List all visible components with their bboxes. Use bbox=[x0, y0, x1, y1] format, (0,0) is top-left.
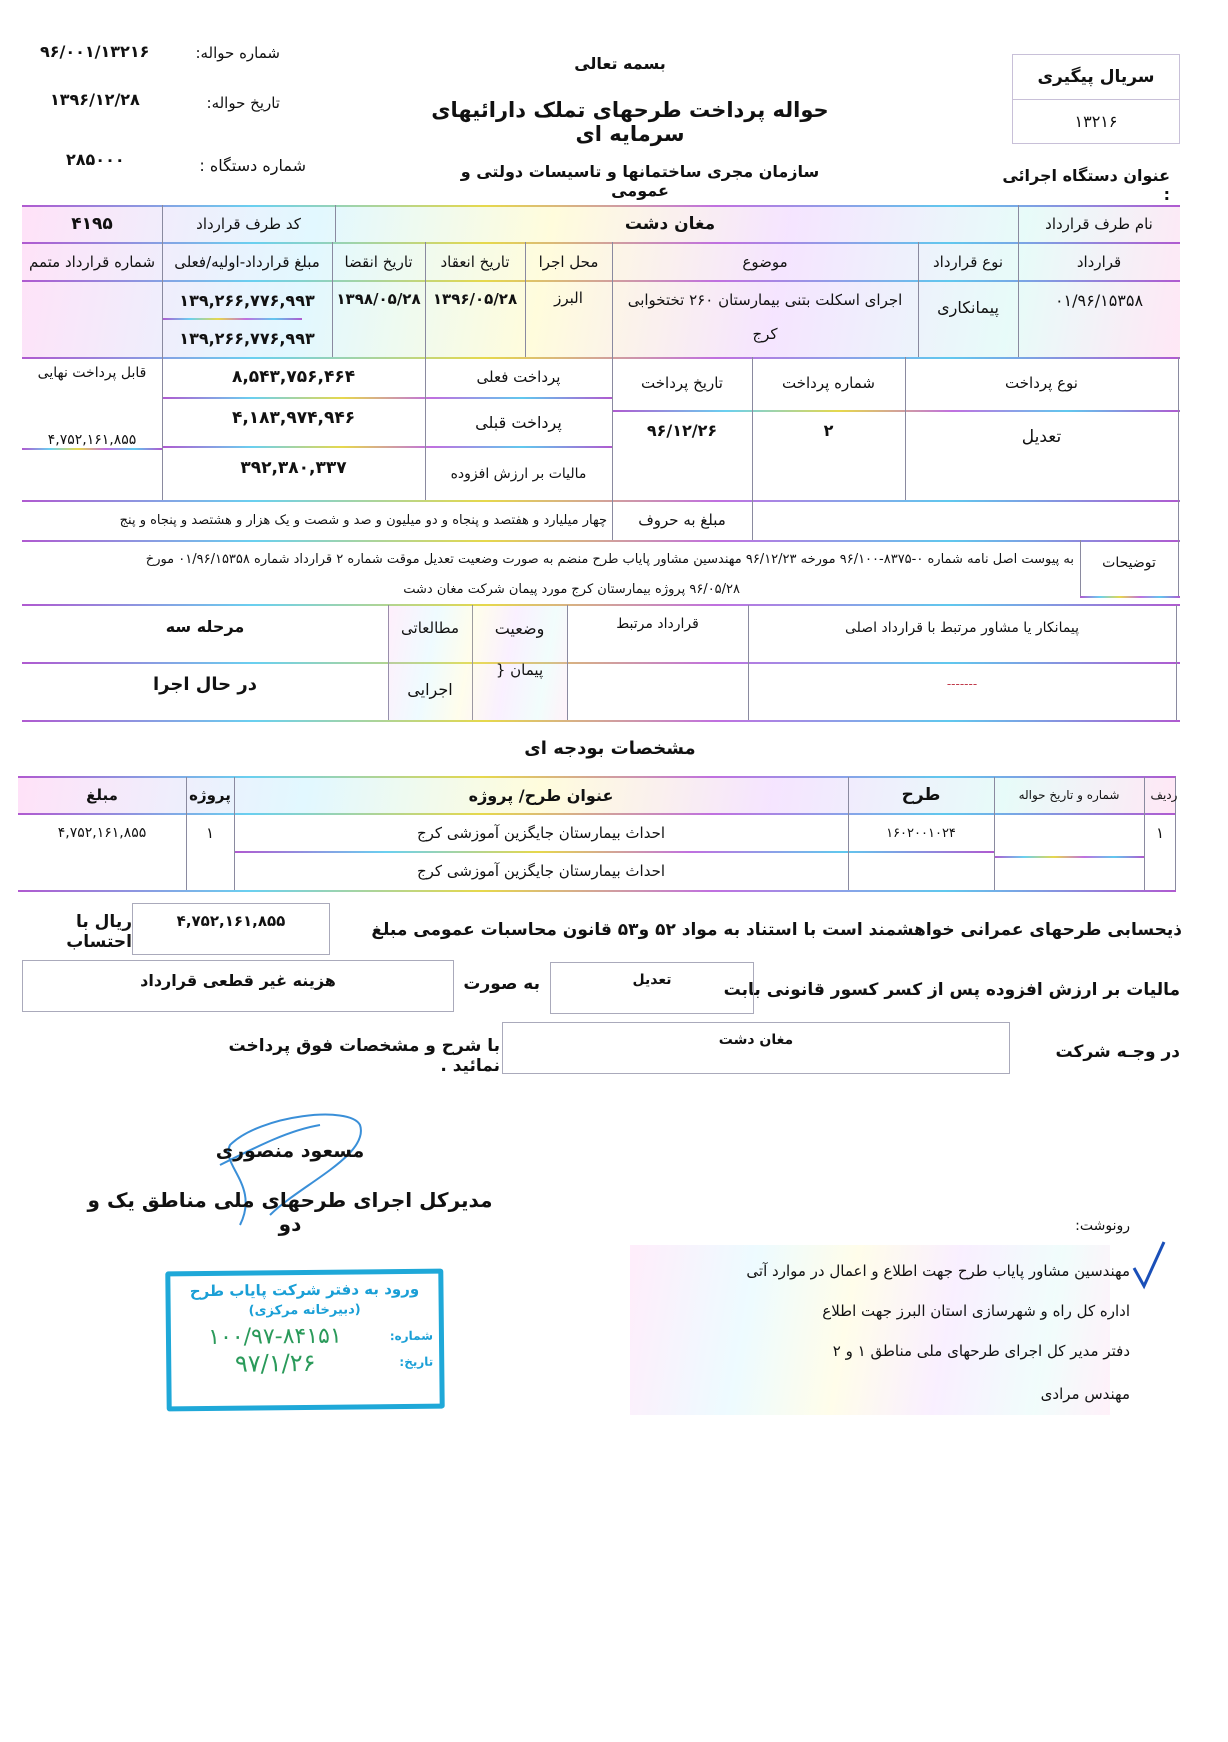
stamp-line-1: ورود به دفتر شرکت پایاب طرح bbox=[170, 1280, 438, 1301]
stamp-number-label: شماره: bbox=[373, 1328, 433, 1343]
copy-item-2: اداره کل راه و شهرسازی استان البرز جهت ا… bbox=[630, 1302, 1130, 1320]
tracking-serial-box: سریال پیگیری ۱۳۲۱۶ bbox=[1012, 54, 1180, 144]
budget-row-remittance bbox=[994, 815, 1144, 851]
contract-status-label: وضعیت bbox=[472, 606, 567, 650]
instruction-line-3: در وجـه شرکت bbox=[1020, 1042, 1180, 1062]
col-supplement-number: شماره قرارداد متمم bbox=[22, 243, 162, 280]
amount-words-label: مبلغ به حروف bbox=[612, 502, 752, 538]
budget-col-remittance: شماره و تاریخ حواله bbox=[994, 778, 1144, 812]
stamp-number-value: ۱۰۰/۹۷-۸۴۱۵۱ bbox=[177, 1323, 373, 1350]
budget-col-row: ردیف bbox=[1144, 778, 1184, 812]
amount-words-value: چهار میلیارد و هفتصد و پنجاه و دو میلیون… bbox=[22, 502, 607, 538]
budget-col-plan: طرح bbox=[848, 778, 994, 812]
budget-col-title: عنوان طرح/ پروژه bbox=[234, 778, 848, 812]
payment-number-value: ۲ bbox=[752, 412, 905, 448]
col-expiry-date: تاریخ انقضا bbox=[332, 243, 425, 280]
payment-type-value: تعدیل bbox=[905, 412, 1178, 462]
copy-item-3: دفتر مدیر کل اجرای طرحهای ملی مناطق ۱ و … bbox=[630, 1342, 1130, 1360]
col-signing-date: تاریخ انعقاد bbox=[425, 243, 525, 280]
col-subject: موضوع bbox=[612, 243, 918, 280]
payment-date-label: تاریخ پرداخت bbox=[612, 358, 752, 408]
executive-org-value: سازمان مجری ساختمانها و تاسیسات دولتی و … bbox=[450, 162, 830, 200]
instruction-line-2: مالیات بر ارزش افزوده پس از کسر کسور قان… bbox=[760, 980, 1180, 1000]
instruction-line-3-suffix: با شرح و مشخصات فوق پرداخت نمائید . bbox=[200, 1036, 500, 1076]
page-title: حواله پرداخت طرحهای تملک دارائیهای سرمای… bbox=[400, 98, 860, 146]
copy-item-1: مهندسین مشاور پایاب طرح جهت اطلاع و اعما… bbox=[630, 1262, 1130, 1280]
current-payment-value: ۸,۵۴۳,۷۵۶,۴۶۴ bbox=[162, 358, 425, 396]
budget-row-plan: ۱۶۰۲۰۰۱۰۲۴ bbox=[848, 815, 994, 851]
col-amount: مبلغ قرارداد-اولیه/فعلی bbox=[162, 243, 332, 280]
remittance-number-value: ۹۶/۰۰۱/۱۳۲۱۶ bbox=[40, 42, 180, 61]
payment-date-value: ۹۶/۱۲/۲۶ bbox=[612, 412, 752, 448]
stamp-line-2: (دبیرخانه مرکزی) bbox=[171, 1302, 439, 1320]
device-number-label: شماره دستگاه : bbox=[186, 156, 306, 175]
vat-label: مالیات بر ارزش افزوده bbox=[425, 448, 612, 500]
budget-row-title: احداث بیمارستان جایگزین آموزشی کرج bbox=[234, 815, 848, 851]
notes-label: توضیحات bbox=[1080, 545, 1178, 581]
study-label: مطالعاتی bbox=[388, 606, 472, 650]
stamp-date-label: تاریخ: bbox=[373, 1355, 433, 1370]
budget-title: مشخصات بودجه ای bbox=[480, 738, 740, 759]
budget-row-title: احداث بیمارستان جایگزین آموزشی کرج bbox=[234, 853, 848, 889]
vat-value: ۳۹۲,۳۸۰,۳۳۷ bbox=[162, 448, 425, 488]
executive-org-label: عنوان دستگاه اجرائی : bbox=[1000, 166, 1170, 204]
contract-amount-initial: ۱۳۹,۲۶۶,۷۷۶,۹۹۳ bbox=[162, 282, 332, 318]
instruction-company: مغان دشت bbox=[502, 1022, 1010, 1058]
instruction-form: هزینه غیر قطعی قرارداد bbox=[22, 962, 454, 998]
final-payable-value: ۴,۷۵۲,۱۶۱,۸۵۵ bbox=[22, 425, 162, 455]
remittance-date-label: تاریخ حواله: bbox=[190, 94, 280, 112]
party-name-value: مغان دشت bbox=[560, 206, 780, 242]
related-contract-label: قرارداد مرتبط bbox=[567, 606, 748, 642]
instruction-line-1: ذیحسابی طرحهای عمرانی خواهشمند است با اس… bbox=[392, 920, 1182, 940]
col-contract: قرارداد bbox=[1018, 243, 1180, 280]
budget-row-project: ۱ bbox=[186, 815, 234, 851]
budget-row-amount: ۴,۷۵۲,۱۶۱,۸۵۵ bbox=[18, 815, 186, 851]
budget-row-number: ۱ bbox=[1144, 815, 1176, 851]
previous-payment-label: پرداخت قبلی bbox=[425, 398, 612, 446]
received-stamp: ورود به دفتر شرکت پایاب طرح (دبیرخانه مر… bbox=[165, 1269, 444, 1412]
phase-label: مرحله سه bbox=[22, 606, 388, 646]
related-contractor-label: پیمانکار یا مشاور مرتبط با قرارداد اصلی bbox=[748, 606, 1176, 650]
contract-type: پیمانکاری bbox=[918, 282, 1018, 332]
notes-line-2: ۹۶/۰۵/۲۸ پروژه بیمارستان کرج مورد پیمان … bbox=[300, 582, 740, 597]
device-number-value: ۲۸۵۰۰۰ bbox=[66, 150, 146, 169]
instruction-as: به صورت bbox=[450, 974, 540, 994]
copies-label: رونوشت: bbox=[1040, 1218, 1130, 1234]
tracking-serial-value: ۱۳۲۱۶ bbox=[1013, 100, 1179, 144]
contract-signing-date: ۱۳۹۶/۰۵/۲۸ bbox=[425, 282, 525, 316]
remittance-date-value: ۱۳۹۶/۱۲/۲۸ bbox=[50, 90, 160, 109]
stamp-date-value: ۹۷/۱/۲۶ bbox=[177, 1348, 373, 1378]
current-payment-label: پرداخت فعلی bbox=[425, 358, 612, 396]
contract-status-sub: پیمان { bbox=[472, 650, 567, 690]
col-location: محل اجرا bbox=[525, 243, 612, 280]
party-name-label: نام طرف قرارداد bbox=[1018, 206, 1180, 242]
tracking-serial-label: سریال پیگیری bbox=[1013, 55, 1179, 100]
instruction-amount: ۴,۷۵۲,۱۶۱,۸۵۵ bbox=[132, 903, 330, 939]
contract-location: البرز bbox=[525, 282, 612, 314]
instruction-reason: تعدیل bbox=[550, 962, 754, 998]
budget-col-amount: مبلغ bbox=[18, 778, 186, 812]
phase-value: در حال اجرا bbox=[22, 664, 388, 704]
instruction-amount-suffix: ریال با احتساب bbox=[22, 912, 132, 952]
previous-payment-value: ۴,۱۸۳,۹۷۴,۹۴۶ bbox=[162, 398, 425, 438]
related-contractor-value: ------- bbox=[748, 664, 1176, 704]
final-payable-label: قابل پرداخت نهایی bbox=[22, 358, 162, 388]
signatory-name: مسعود منصوری bbox=[180, 1140, 400, 1162]
signatory-title: مدیرکل اجرای طرحهای ملی مناطق یک و دو bbox=[80, 1188, 500, 1236]
copy-item-4: مهندس مرادی bbox=[630, 1385, 1130, 1403]
party-code-label: کد طرف قرارداد bbox=[162, 206, 335, 242]
party-code-value: ۴۱۹۵ bbox=[22, 206, 162, 242]
execution-label: اجرایی bbox=[388, 664, 472, 714]
payment-number-label: شماره پرداخت bbox=[752, 358, 905, 408]
notes-line-1: به پیوست اصل نامه شماره ۰-۸۳۷۵-۹۶/۱۰۰ مو… bbox=[22, 552, 1074, 567]
checkmark-icon bbox=[1132, 1240, 1166, 1290]
contract-number: ۰۱/۹۶/۱۵۳۵۸ bbox=[1018, 282, 1180, 318]
remittance-number-label: شماره حواله: bbox=[190, 44, 280, 62]
contract-subject: اجرای اسکلت بتنی بیمارستان ۲۶۰ تختخوابی … bbox=[625, 282, 905, 352]
col-contract-type: نوع قرارداد bbox=[918, 243, 1018, 280]
basmala: بسمه تعالی bbox=[560, 54, 680, 73]
payment-type-label: نوع پرداخت bbox=[905, 358, 1178, 408]
contract-amount-current: ۱۳۹,۲۶۶,۷۷۶,۹۹۳ bbox=[162, 320, 332, 356]
budget-col-project: پروژه bbox=[186, 778, 234, 812]
contract-expiry-date: ۱۳۹۸/۰۵/۲۸ bbox=[332, 282, 425, 316]
